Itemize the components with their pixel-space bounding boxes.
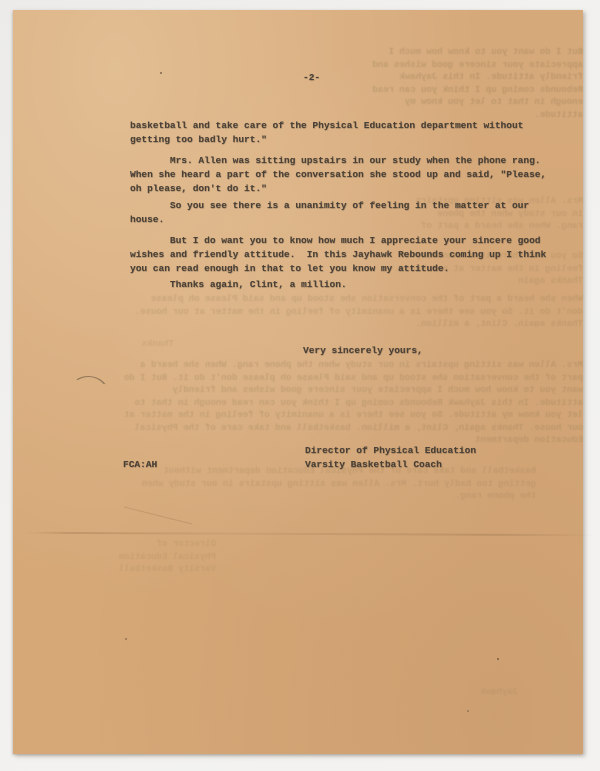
paragraph-mrs-allen: Mrs. Allen was sitting upstairs in our s… — [130, 154, 546, 196]
paragraph-unanimity: So you see there is a unanimity of feeli… — [130, 199, 529, 227]
fold-crease — [26, 532, 596, 536]
paragraph-thanks: Thanks again, Clint, a million. — [130, 278, 347, 292]
paper-speck — [160, 72, 162, 74]
bleedthrough-text-bottom-right: Jayhawk Rebounds coming — [433, 686, 518, 698]
typist-initials: FCA:AH — [123, 458, 157, 472]
signature-titles: Director of Physical Education Varsity B… — [305, 444, 476, 472]
pencil-mark — [68, 375, 111, 396]
bleedthrough-text-center-main: Mrs. Allen was sitting upstairs in our s… — [121, 359, 583, 444]
paper-speck — [497, 658, 499, 660]
paragraph-basketball: basketball and take care of the Physical… — [130, 119, 523, 147]
fold-crease-small — [124, 507, 192, 525]
paragraph-appreciate: But I do want you to know how much I app… — [130, 234, 546, 276]
letter-page: But I do want you to know how much I app… — [13, 10, 583, 754]
page-number: -2- — [303, 71, 320, 85]
bleedthrough-text-top-right: But I do want you to know how much I app… — [351, 46, 583, 120]
closing-salutation: Very sincerely yours, — [303, 344, 423, 358]
bleedthrough-text-address-left: Director of Physical Education Varsity B… — [118, 538, 216, 574]
paper-speck — [125, 638, 127, 640]
scanned-letter-background: But I do want you to know how much I app… — [0, 0, 600, 771]
bleedthrough-text-wide-upper: When she heard a part of the conversatio… — [125, 293, 583, 327]
paper-speck — [467, 710, 469, 712]
bleedthrough-text-tiny-left: Thanks — [128, 338, 174, 349]
